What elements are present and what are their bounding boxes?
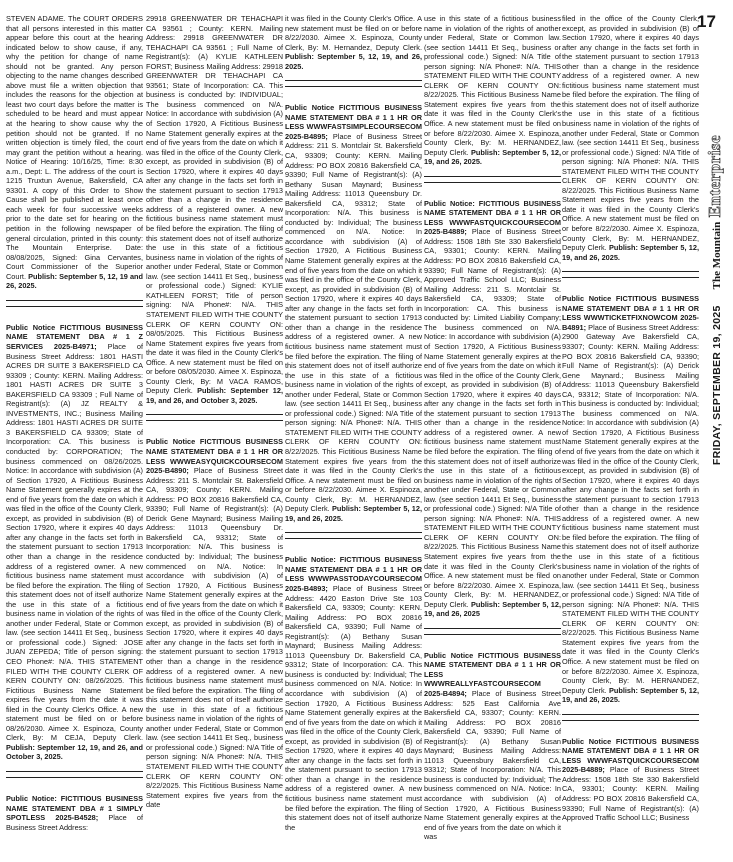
column-4: use in this state of a fictitious busine… [424,14,561,862]
publish-dates: Publish: September 5, 12, 19, and 26, 20… [285,52,422,71]
column-5: filed in the office of the County Clerk,… [562,14,699,862]
notice-body: Place of Business Street Address: 1508 1… [424,227,561,608]
notice-fbn-reallyfastcourse-continued: filed in the office of the County Clerk,… [562,14,699,262]
notice-fbn-fastquickcourse-repeat: Public Notice FICTITIOUS BUSINESS NAME S… [562,737,699,823]
notice-fbn-fastquickcourse: Public Notice: FICTITIOUS BUSINESS NAME … [424,199,561,619]
double-rule-divider [285,532,422,539]
notice-fbn-ticketfixnow: Public Notice FICTITIOUS BUSINESS NAME S… [562,294,699,705]
notice-body: use in this state of a fictitious busine… [424,14,561,157]
column-2: 29918 GREENWATER DR TEHACHAPI CA 93561 ;… [146,14,283,862]
notice-name-change-order: STEVEN ADAME. The COURT ORDERS that all … [6,14,143,291]
notice-fbn-reallyfastcourse: Public Notice FICTITIOUS BUSINESS NAME S… [424,651,561,842]
double-rule-divider [562,714,699,721]
double-rule-divider [6,771,143,778]
notice-body: Place of Business Street Address: 1801 H… [6,342,143,742]
double-rule-divider [562,271,699,278]
notice-body: 29918 GREENWATER DR TEHACHAPI CA 93561 ;… [146,14,283,395]
notice-body: STEVEN ADAME. The COURT ORDERS that all … [6,14,143,281]
notice-body: Place of Business Street Address: 2900 G… [562,323,699,695]
publish-dates: Publish: September 12, 19, and 26, and O… [6,743,143,762]
double-rule-divider [285,80,422,87]
notice-fbn-fastsimplecourse: Public Notice FICTITIOUS BUSINESS NAME S… [285,103,422,523]
notice-fbn-forst-continued: 29918 GREENWATER DR TEHACHAPI CA 93561 ;… [146,14,283,405]
notice-body: Place of Business Street Address: 4420 E… [285,584,422,832]
notice-body: Place of Business Street Address: 211 S.… [285,132,422,513]
notice-fbn-passtodaycourse: Public Notice: FICTITIOUS BUSINESS NAME … [285,555,422,832]
column-1: STEVEN ADAME. The COURT ORDERS that all … [6,14,143,862]
notice-fbn-passtodaycourse-continued: use in this state of a fictitious busine… [424,14,561,167]
issue-date: FRIDAY, SEPTEMBER 19, 2025 [711,305,723,465]
masthead-prefix: The Mountain [711,222,723,290]
double-rule-divider [424,628,561,635]
notice-body: filed in the office of the County Clerk,… [562,14,699,252]
notice-body: Place of Business Street Address: 525 Ea… [424,689,561,841]
notice-fbn-z-services: Public Notice FICTITIOUS BUSINESS NAME S… [6,323,143,762]
masthead-logo: The Mountain Enterprise [705,135,725,289]
page-number: 17 [697,12,716,32]
double-rule-divider [6,300,143,307]
notice-fbn-easyquickcourse: Public Notice FICTITIOUS BUSINESS NAME S… [146,437,283,809]
notice-body: Place of Business Street Address: 211 S.… [146,466,283,809]
notice-fbn-simply-spotless: Public Notice: FICTITIOUS BUSINESS NAME … [6,794,143,832]
masthead-name: Enterprise [705,135,724,217]
column-3: it was filed in the County Clerk's Offic… [285,14,422,862]
notice-body: it was filed in the County Clerk's Offic… [285,14,422,52]
newspaper-page: STEVEN ADAME. The COURT ORDERS that all … [0,0,733,862]
double-rule-divider [146,414,283,421]
notice-fbn-easyquickcourse-continued: it was filed in the County Clerk's Offic… [285,14,422,71]
double-rule-divider [424,176,561,183]
vertical-masthead-strip: FRIDAY, SEPTEMBER 19, 2025 The Mountain … [700,120,730,480]
